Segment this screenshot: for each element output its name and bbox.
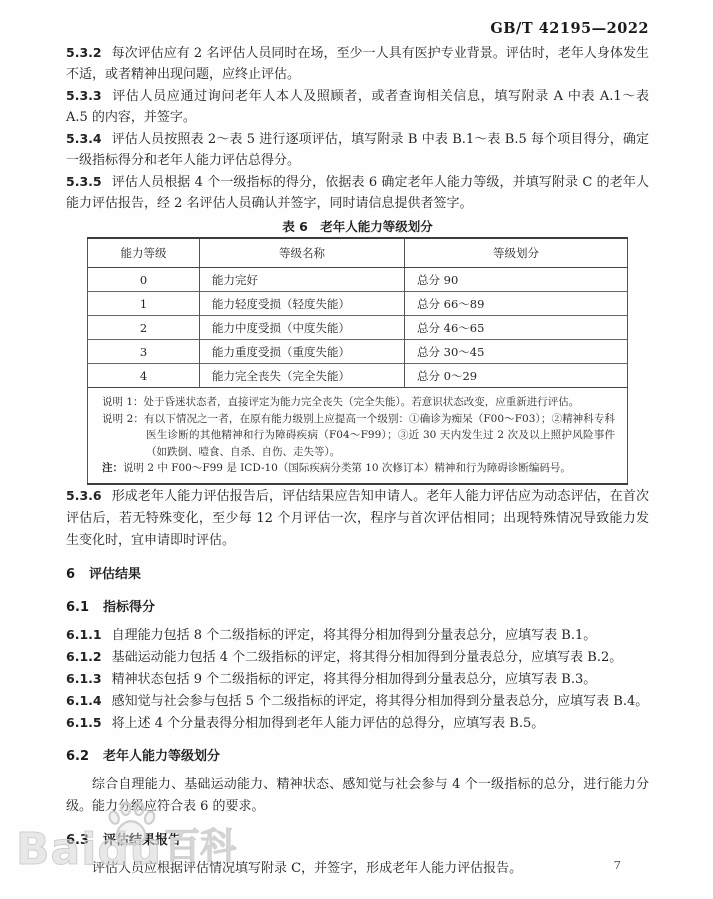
section-6-3-paragraph: 评估人员应根据评估情况填写附录 C，并签字，形成老年人能力评估报告。 [66, 858, 649, 880]
clause-5-3-4: 5.3.4评估人员按照表 2～表 5 进行逐项评估，填写附录 B 中表 B.1～… [66, 128, 649, 171]
clause-number: 5.3.2 [66, 45, 102, 60]
section-number: 6.2 [66, 749, 89, 764]
section-number: 6 [66, 567, 75, 582]
cell-grade: 3 [88, 340, 200, 364]
clause-number: 5.3.4 [66, 131, 102, 146]
clause-6-1-4: 6.1.4感知觉与社会参与包括 5 个二级指标的评定，将其得分相加得到分量表总分… [66, 690, 649, 712]
clause-6-1-3: 6.1.3精神状态包括 9 个二级指标的评定，将其得分相加得到分量表总分，应填写… [66, 668, 649, 690]
clause-5-3-2: 5.3.2每次评估应有 2 名评估人员同时在场，至少一人具有医护专业背景。评估时… [66, 42, 649, 85]
clause-number: 5.3.5 [66, 174, 102, 189]
clause-number: 6.1.5 [66, 715, 102, 730]
clause-number: 6.1.4 [66, 693, 102, 708]
table6-notes-cell: 说明 1：处于昏迷状态者，直接评定为能力完全丧失（完全失能）。若意识状态改变，应… [88, 388, 628, 484]
section-6-1-heading: 6.1指标得分 [66, 597, 649, 619]
section-number: 6.3 [66, 833, 89, 848]
section-title: 老年人能力等级划分 [103, 749, 220, 764]
clause-text: 形成老年人能力评估报告后，评估结果应告知申请人。老年人能力评估应为动态评估，在首… [66, 489, 649, 548]
section-6-3-heading: 6.3评估结果报告 [66, 830, 649, 852]
clause-text: 评估人员根据 4 个一级指标的得分，依据表 6 确定老年人能力等级，并填写附录 … [66, 175, 649, 211]
section-6-1-items: 6.1.1自理能力包括 8 个二级指标的评定，将其得分相加得到分量表总分，应填写… [66, 624, 649, 734]
cell-name: 能力完全丧失（完全失能） [200, 364, 405, 388]
cell-division: 总分 0～29 [405, 364, 628, 388]
table6-header-division: 等级划分 [405, 238, 628, 268]
clause-number: 5.3.3 [66, 88, 102, 103]
table-row: 1 能力轻度受损（轻度失能） 总分 66～89 [88, 292, 628, 316]
cell-name: 能力轻度受损（轻度失能） [200, 292, 405, 316]
cell-division: 总分 46～65 [405, 316, 628, 340]
table-note-1: 说明 1：处于昏迷状态者，直接评定为能力完全丧失（完全失能）。若意识状态改变，应… [102, 394, 615, 411]
standard-code: GB/T 42195—2022 [490, 20, 649, 37]
clause-6-1-1: 6.1.1自理能力包括 8 个二级指标的评定，将其得分相加得到分量表总分，应填写… [66, 624, 649, 646]
note-text: 处于昏迷状态者，直接评定为能力完全丧失（完全失能）。若意识状态改变，应重新进行评… [144, 396, 580, 408]
section-6-2-paragraph: 综合自理能力、基础运动能力、精神状态、感知觉与社会参与 4 个一级指标的总分，进… [66, 774, 649, 818]
clause-text: 将上述 4 个分量表得分相加得到老年人能力评估的总得分，应填写表 B.5。 [112, 716, 545, 731]
clause-number: 6.1.2 [66, 649, 102, 664]
clause-text: 基础运动能力包括 4 个二级指标的评定，将其得分相加得到分量表总分，应填写表 B… [112, 650, 623, 665]
cell-grade: 1 [88, 292, 200, 316]
cell-name: 能力完好 [200, 268, 405, 292]
clause-number: 6.1.1 [66, 627, 102, 642]
table6-caption: 表 6 老年人能力等级划分 [66, 216, 649, 237]
cell-name: 能力重度受损（重度失能） [200, 340, 405, 364]
cell-grade: 4 [88, 364, 200, 388]
clause-5-3-5: 5.3.5评估人员根据 4 个一级指标的得分，依据表 6 确定老年人能力等级，并… [66, 171, 649, 214]
page-number: 7 [614, 858, 621, 872]
section-6-heading: 6评估结果 [66, 564, 649, 586]
section-title: 指标得分 [103, 600, 155, 615]
cell-name: 能力中度受损（中度失能） [200, 316, 405, 340]
table-note-footnote: 注：说明 2 中 F00～F99 是 ICD-10（国际疾病分类第 10 次修订… [102, 460, 615, 477]
section-6-2-heading: 6.2老年人能力等级划分 [66, 746, 649, 768]
clause-text: 评估人员应通过询问老年人本人及照顾者，或者查询相关信息，填写附录 A 中表 A.… [66, 89, 649, 125]
table6-notes-row: 说明 1：处于昏迷状态者，直接评定为能力完全丧失（完全失能）。若意识状态改变，应… [88, 388, 628, 484]
cell-grade: 2 [88, 316, 200, 340]
table-row: 2 能力中度受损（中度失能） 总分 46～65 [88, 316, 628, 340]
table6-capability-grades: 能力等级 等级名称 等级划分 0 能力完好 总分 90 1 能力轻度受损（轻度失… [87, 237, 628, 485]
section-title: 评估结果 [89, 567, 141, 582]
clause-number: 6.1.3 [66, 671, 102, 686]
section-number: 6.1 [66, 600, 89, 615]
clause-text: 评估人员按照表 2～表 5 进行逐项评估，填写附录 B 中表 B.1～表 B.5… [66, 132, 649, 168]
clause-5-3-3: 5.3.3评估人员应通过询问老年人本人及照顾者，或者查询相关信息，填写附录 A … [66, 85, 649, 128]
table-row: 4 能力完全丧失（完全失能） 总分 0～29 [88, 364, 628, 388]
note-label: 注： [102, 462, 123, 474]
document-page: GB/T 42195—2022 5.3.2每次评估应有 2 名评估人员同时在场，… [0, 0, 713, 899]
clause-number: 5.3.6 [66, 488, 102, 503]
clause-text: 感知觉与社会参与包括 5 个二级指标的评定，将其得分相加得到分量表总分，应填写表… [112, 694, 649, 709]
note-label: 说明 2： [102, 413, 144, 425]
table-row: 3 能力重度受损（重度失能） 总分 30～45 [88, 340, 628, 364]
clause-5-3-6: 5.3.6形成老年人能力评估报告后，评估结果应告知申请人。老年人能力评估应为动态… [66, 485, 649, 552]
cell-grade: 0 [88, 268, 200, 292]
cell-division: 总分 66～89 [405, 292, 628, 316]
clause-text: 自理能力包括 8 个二级指标的评定，将其得分相加得到分量表总分，应填写表 B.1… [112, 628, 597, 643]
cell-division: 总分 90 [405, 268, 628, 292]
table6-header-grade: 能力等级 [88, 238, 200, 268]
page-content: 5.3.2每次评估应有 2 名评估人员同时在场，至少一人具有医护专业背景。评估时… [66, 42, 649, 880]
table-note-2: 说明 2：有以下情况之一者，在原有能力级别上应提高一个级别：①确诊为痴呆（F00… [102, 411, 615, 461]
table-row: 0 能力完好 总分 90 [88, 268, 628, 292]
clause-text: 每次评估应有 2 名评估人员同时在场，至少一人具有医护专业背景。评估时，老年人身… [66, 46, 649, 82]
table6-header-row: 能力等级 等级名称 等级划分 [88, 238, 628, 268]
note-label: 说明 1： [102, 396, 144, 408]
table6-header-name: 等级名称 [200, 238, 405, 268]
note-text: 有以下情况之一者，在原有能力级别上应提高一个级别：①确诊为痴呆（F00～F03）… [144, 413, 615, 458]
note-text: 说明 2 中 F00～F99 是 ICD-10（国际疾病分类第 10 次修订本）… [123, 462, 571, 474]
clause-6-1-2: 6.1.2基础运动能力包括 4 个二级指标的评定，将其得分相加得到分量表总分，应… [66, 646, 649, 668]
clause-6-1-5: 6.1.5将上述 4 个分量表得分相加得到老年人能力评估的总得分，应填写表 B.… [66, 712, 649, 734]
clause-text: 精神状态包括 9 个二级指标的评定，将其得分相加得到分量表总分，应填写表 B.3… [112, 672, 597, 687]
section-title: 评估结果报告 [103, 833, 181, 848]
cell-division: 总分 30～45 [405, 340, 628, 364]
